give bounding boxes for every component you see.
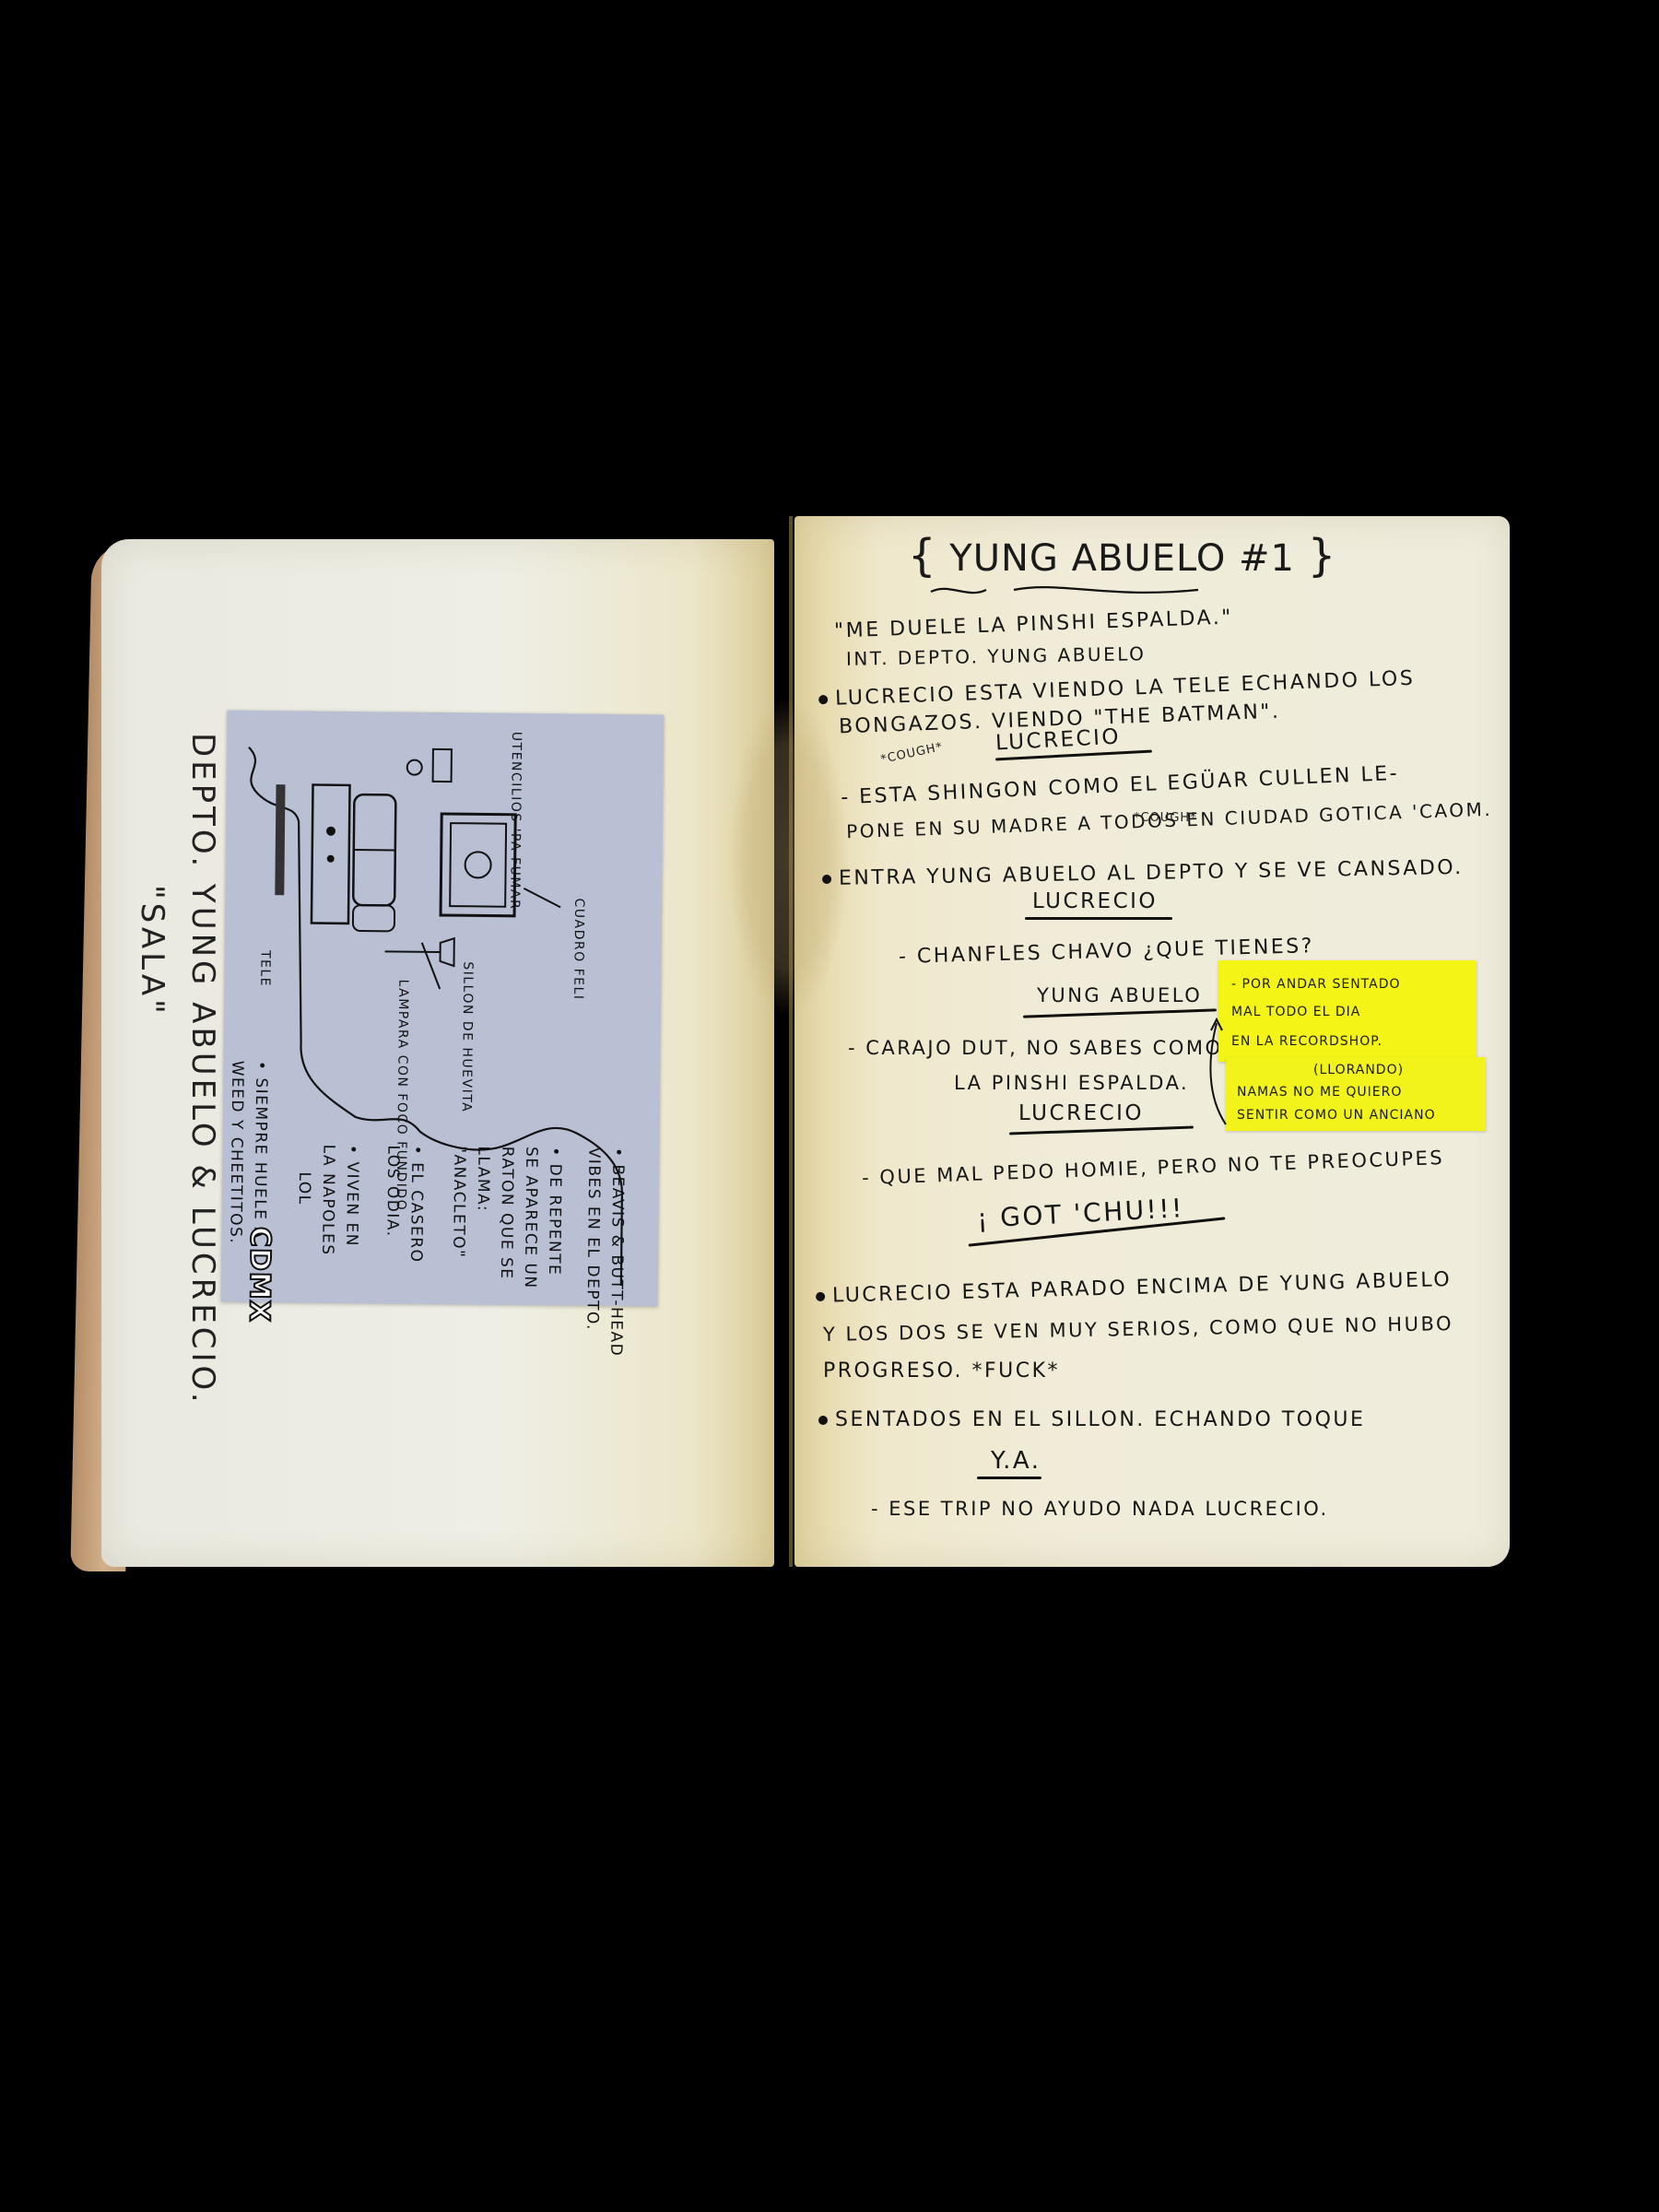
script-line-bullet-4: SENTADOS EN EL SILLON. ECHANDO TOQUE <box>818 1408 1365 1431</box>
card-note-5c: LOL <box>292 1171 316 1205</box>
sticky-note-2: (LLORANDO) NAMAS NO ME QUIERO SENTIR COM… <box>1226 1057 1486 1131</box>
sticky-2-line-3: SENTIR COMO UN ANCIANO <box>1237 1108 1436 1123</box>
script-title: { YUNG ABUELO #1 } <box>908 530 1336 582</box>
dialogue-3b: LA PINSHI ESPALDA. <box>954 1072 1189 1094</box>
sticky-2-line-1: (LLORANDO) <box>1313 1063 1404 1077</box>
title-underline-icon <box>922 582 1207 601</box>
label-utensilios: UTENCILIOS 'PA FUMAR <box>505 732 525 911</box>
underline-6 <box>977 1477 1041 1479</box>
card-note-2: • SIEMPRE HUELE A <box>247 1061 273 1240</box>
aside-cough-2: *COUGH* <box>1134 811 1197 825</box>
card-note-1b: VIBES EN EL DEPTO. <box>580 1147 606 1332</box>
label-cuadro: CUADRO FELI <box>569 898 588 1000</box>
character-yung-abuelo: YUNG ABUELO <box>1037 984 1202 1006</box>
page-gutter <box>789 516 793 1567</box>
left-page-subtitle: "SALA" <box>134 885 171 1018</box>
card-note-5: • VIVEN EN <box>339 1145 364 1247</box>
character-ya: Y.A. <box>991 1447 1041 1475</box>
sticky-1-line-2: MAL TODO EL DIA <box>1231 1005 1360 1019</box>
card-note-5b: LA NAPOLES <box>315 1145 340 1256</box>
card-content-rotated: • BEAVIS & BUTT-HEAD VIBES EN EL DEPTO. … <box>221 711 665 1307</box>
dialogue-3a: - CARAJO DUT, NO SABES COMO <box>848 1037 1223 1059</box>
coffee-stain <box>728 700 848 1014</box>
script-line-progreso: PROGRESO. *FUCK* <box>823 1359 1060 1382</box>
open-notebook: DEPTO. YUNG ABUELO & LUCRECIO. "SALA" <box>0 0 1659 2212</box>
card-note-3: • DE REPENTE <box>542 1147 567 1276</box>
label-lampara: LAMPARA CON FOCO FUNDIDO <box>392 979 413 1211</box>
card-note-3d: LLAMA: <box>471 1146 496 1212</box>
dialogue-5: - ESE TRIP NO AYUDO NADA LUCRECIO. <box>871 1498 1329 1520</box>
brace-left-icon: { <box>908 530 937 582</box>
blue-index-card: • BEAVIS & BUTT-HEAD VIBES EN EL DEPTO. … <box>221 711 665 1307</box>
card-note-3b: SE APARECE UN <box>518 1147 544 1289</box>
sticky-note-1: - POR ANDAR SENTADO MAL TODO EL DIA EN L… <box>1218 960 1477 1062</box>
card-note-2b: WEED Y CHEETITOS. <box>223 1061 249 1245</box>
label-tele: TELE <box>255 950 274 987</box>
card-note-3e: "ANACLETO" <box>446 1146 471 1258</box>
card-note-1: • BEAVIS & BUTT-HEAD <box>604 1147 629 1358</box>
sticky-1-line-1: - POR ANDAR SENTADO <box>1231 977 1401 992</box>
character-lucrecio-3: LUCRECIO <box>1018 1101 1144 1125</box>
left-page-title: DEPTO. YUNG ABUELO & LUCRECIO. <box>184 733 221 1406</box>
sticky-2-line-2: NAMAS NO ME QUIERO <box>1237 1085 1402 1100</box>
cdmx-stamp: CDMX <box>242 1227 276 1323</box>
character-lucrecio-2: LUCRECIO <box>1032 889 1158 913</box>
sticky-arrow-icon <box>1198 1014 1235 1134</box>
script-title-text: YUNG ABUELO #1 <box>949 537 1295 580</box>
underline-2 <box>1025 917 1172 920</box>
label-sillon: SILLON DE HUEVITA <box>457 961 477 1112</box>
card-note-3c: RATON QUE SE <box>494 1147 520 1280</box>
sticky-1-line-3: EN LA RECORDSHOP. <box>1231 1034 1382 1049</box>
brace-right-icon: } <box>1308 530 1337 582</box>
